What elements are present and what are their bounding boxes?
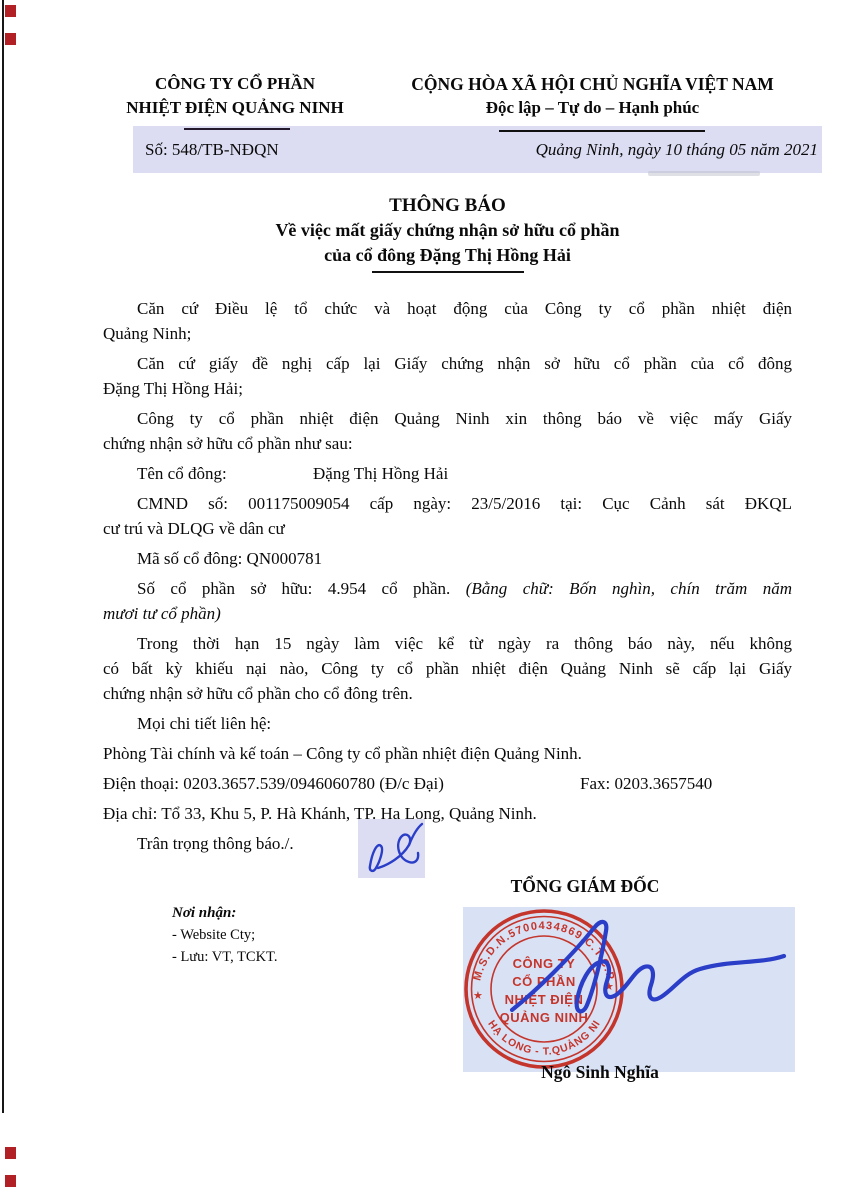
body-line: CMND số: 001175009054 cấp ngày: 23/5/201…: [103, 491, 792, 516]
body-line: Số cổ phần sở hữu: 4.954 cổ phần. (Bằng …: [103, 576, 792, 601]
company-header: CÔNG TY CỔ PHẦN NHIỆT ĐIỆN QUẢNG NINH: [105, 72, 365, 120]
document-number: Số: 548/TB-NĐQN: [145, 140, 279, 160]
national-motto-line2: Độc lập – Tự do – Hạnh phúc: [355, 96, 830, 120]
shares-count-row: Số cổ phần sở hữu: 4.954 cổ phần. (Bằng …: [103, 576, 792, 626]
ghost-text-smudge: [648, 171, 760, 176]
document-title: THÔNG BÁO Về việc mất giấy chứng nhận sở…: [103, 193, 792, 273]
phone-text: Điện thoại: 0203.3657.539/0946060780 (Đ/…: [103, 774, 444, 793]
body-line: Đặng Thị Hồng Hải;: [103, 376, 792, 401]
contact-phone-row: Điện thoại: 0203.3657.539/0946060780 (Đ/…: [103, 771, 792, 796]
title-line3: của cổ đông Đặng Thị Hồng Hải: [103, 243, 792, 268]
closing-row: Trân trọng thông báo./.: [103, 831, 792, 856]
body-line: chứng nhận sở hữu cổ phần cho cổ đông tr…: [103, 681, 792, 706]
signature-stroke: [512, 922, 784, 1011]
shareholder-name: Đặng Thị Hồng Hải: [313, 461, 448, 486]
id-card-row: CMND số: 001175009054 cấp ngày: 23/5/201…: [103, 491, 792, 541]
shareholder-name-row: Tên cổ đông: Đặng Thị Hồng Hải: [103, 461, 792, 486]
recipients-block: Nơi nhận: - Website Cty; - Lưu: VT, TCKT…: [172, 902, 277, 968]
page-left-border-line: [2, 0, 4, 1113]
red-corner-mark: [5, 1147, 16, 1159]
signer-position-title: TỔNG GIÁM ĐỐC: [455, 876, 715, 897]
body-line: Mọi chi tiết liên hệ:: [103, 714, 271, 733]
director-signature: [482, 912, 800, 1024]
shares-normal-text: Số cổ phần sở hữu: 4.954 cổ phần.: [137, 579, 466, 598]
national-header-underline: [499, 130, 705, 132]
signer-name: Ngô Sinh Nghĩa: [478, 1062, 722, 1083]
shareholder-code-row: Mã số cổ đông: QN000781: [103, 546, 792, 571]
title-underline: [372, 271, 524, 273]
body-line: Căn cứ Điều lệ tổ chức và hoạt động của …: [103, 296, 792, 321]
paragraph-deadline: Trong thời hạn 15 ngày làm việc kể từ ng…: [103, 631, 792, 706]
initial-signature-highlight: [358, 819, 425, 878]
recipients-label: Nơi nhận:: [172, 902, 277, 924]
red-corner-mark: [5, 5, 16, 17]
body-line: Quảng Ninh;: [103, 321, 792, 346]
body-line: Mã số cổ đông: QN000781: [103, 549, 322, 568]
title-line1: THÔNG BÁO: [103, 193, 792, 218]
recipient-item: - Lưu: VT, TCKT.: [172, 946, 277, 968]
body-line: chứng nhận sở hữu cổ phần như sau:: [103, 431, 792, 456]
contact-address-row: Địa chỉ: Tổ 33, Khu 5, P. Hà Khánh, TP. …: [103, 801, 792, 826]
initial-stroke-tail: [409, 824, 422, 845]
national-motto-line1: CỘNG HÒA XÃ HỘI CHỦ NGHĨA VIỆT NAM: [355, 72, 830, 96]
company-header-underline: [184, 128, 290, 130]
company-name-line1: CÔNG TY CỔ PHẦN: [105, 72, 365, 96]
title-line2: Về việc mất giấy chứng nhận sở hữu cổ ph…: [103, 218, 792, 243]
paragraph-basis-1: Căn cứ Điều lệ tổ chức và hoạt động của …: [103, 296, 792, 346]
paragraph-announcement: Công ty cổ phần nhiệt điện Quảng Ninh xi…: [103, 406, 792, 456]
body-line: Trong thời hạn 15 ngày làm việc kể từ ng…: [103, 631, 792, 656]
company-name-line2: NHIỆT ĐIỆN QUẢNG NINH: [105, 96, 365, 120]
paragraph-basis-2: Căn cứ giấy đề nghị cấp lại Giấy chứng n…: [103, 351, 792, 401]
recipient-item: - Website Cty;: [172, 924, 277, 946]
shares-in-words-part2: mươi tư cổ phần): [103, 601, 792, 626]
document-body: Căn cứ Điều lệ tổ chức và hoạt động của …: [103, 296, 792, 861]
initial-signature-mark: [358, 819, 425, 878]
place-and-date: Quảng Ninh, ngày 10 tháng 05 năm 2021: [460, 140, 818, 160]
body-line: Công ty cổ phần nhiệt điện Quảng Ninh xi…: [103, 406, 792, 431]
shareholder-label: Tên cổ đông:: [103, 464, 227, 483]
contact-department-row: Phòng Tài chính và kế toán – Công ty cổ …: [103, 741, 792, 766]
body-line: có bất kỳ khiếu nại nào, Công ty cổ phần…: [103, 656, 792, 681]
red-corner-mark: [5, 33, 16, 45]
body-line: cư trú và DLQG về dân cư: [103, 516, 792, 541]
red-corner-mark: [5, 1175, 16, 1187]
contact-intro-row: Mọi chi tiết liên hệ:: [103, 711, 792, 736]
document-page: CÔNG TY CỔ PHẦN NHIỆT ĐIỆN QUẢNG NINH CỘ…: [0, 0, 846, 1195]
shares-in-words-part1: (Bằng chữ: Bốn nghìn, chín trăm năm: [466, 579, 792, 598]
national-header: CỘNG HÒA XÃ HỘI CHỦ NGHĨA VIỆT NAM Độc l…: [355, 72, 830, 120]
closing-text: Trân trọng thông báo./.: [103, 834, 294, 853]
fax-text: Fax: 0203.3657540: [580, 771, 712, 796]
body-line: Căn cứ giấy đề nghị cấp lại Giấy chứng n…: [103, 351, 792, 376]
